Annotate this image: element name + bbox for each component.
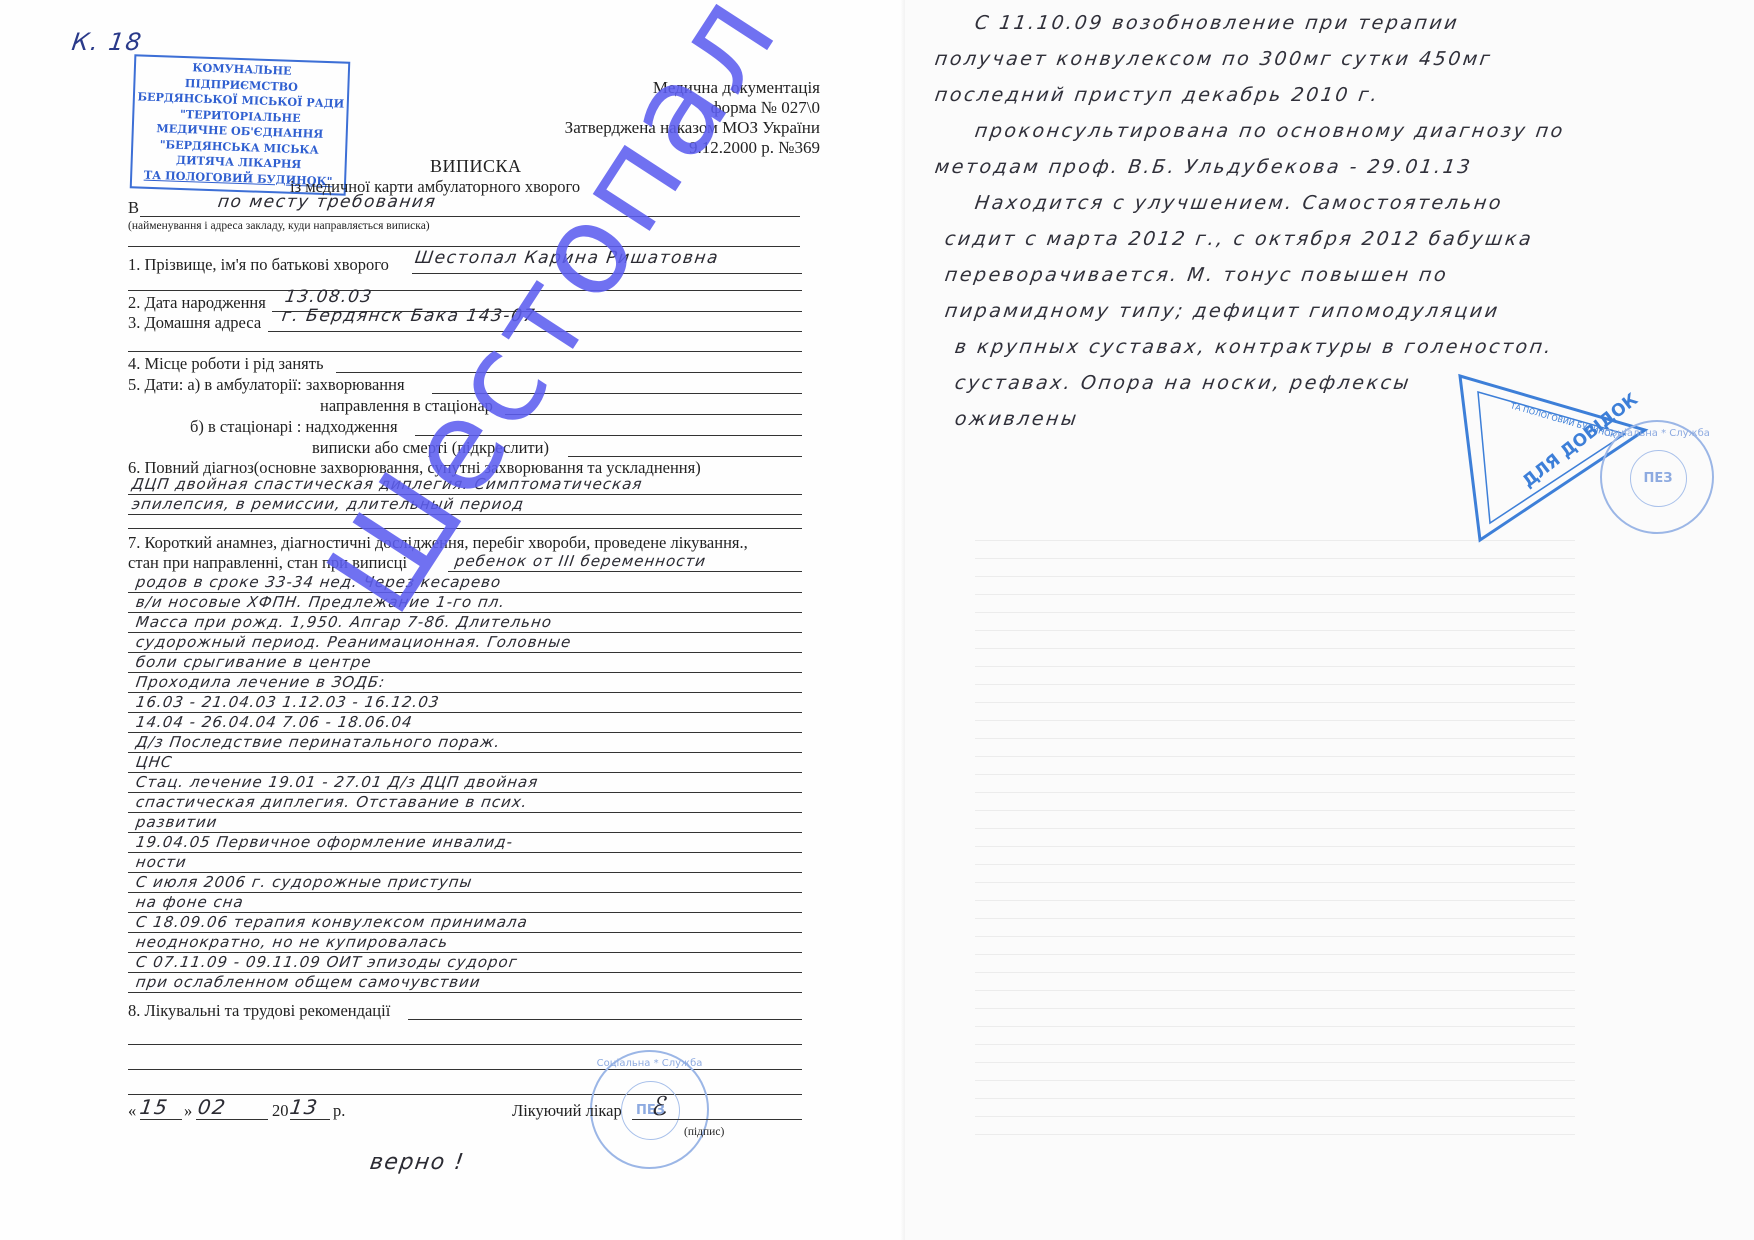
work-label: 4. Місце роботи і рід занять (128, 354, 324, 374)
date-open-quote: « (128, 1101, 136, 1121)
date-day-line (140, 1119, 182, 1120)
anamnesis-line: С 07.11.09 - 09.11.09 ОИТ эпизоды судоро… (135, 953, 519, 971)
show-through-line (975, 1098, 1575, 1099)
show-through-line (975, 918, 1575, 919)
destination-caption: (найменування і адреса закладу, куди нап… (128, 220, 430, 232)
stamp-ring-text: Соціальна * Служба (1602, 428, 1712, 439)
date-year-line (290, 1119, 330, 1120)
continuation-line: сидит с марта 2012 г., с октября 2012 ба… (943, 228, 1534, 250)
anamnesis-line: Проходила лечение в ЗОДБ: (135, 673, 387, 691)
show-through-line (975, 648, 1575, 649)
show-through-line (975, 738, 1575, 739)
hospital-label: б) в стаціонарі : надходження (190, 417, 398, 437)
anamnesis-line: судорожный период. Реанимационная. Голов… (135, 633, 573, 651)
round-stamp-right: Соціальна * Служба ПЕЗ (1600, 420, 1714, 534)
stamp-center-text: ПЕЗ (1630, 450, 1687, 507)
anamnesis-line: спастическая диплегия. Отставание в псих… (135, 793, 529, 811)
institution-stamp: КОМУНАЛЬНЕ ПІДПРИЄМСТВО БЕРДЯНСЬКОЇ МІСЬ… (130, 54, 351, 195)
show-through-line (975, 810, 1575, 811)
show-through-line (975, 792, 1575, 793)
continuation-line: пирамидному типу; дефицит гипомодуляции (943, 300, 1501, 322)
continuation-line: получает конвулексом по 300мг сутки 450м… (933, 48, 1493, 70)
anamnesis-line: ности (135, 853, 188, 871)
date-year-suffix: 13 (288, 1095, 320, 1119)
anamnesis-first: ребенок от III беременности (454, 552, 708, 570)
show-through-line (975, 882, 1575, 883)
show-through-line (975, 1062, 1575, 1063)
form-line (128, 1044, 802, 1045)
anamnesis-line: ЦНС (135, 753, 174, 771)
continuation-line: последний приступ декабрь 2010 г. (933, 84, 1381, 106)
recommendations-line (408, 1019, 802, 1020)
form-line (448, 571, 802, 572)
show-through-line (975, 774, 1575, 775)
date-suffix: р. (333, 1101, 345, 1121)
right-page: С 11.10.09 возобновление при терапииполу… (905, 0, 1754, 1240)
left-page: К. 18 КОМУНАЛЬНЕ ПІДПРИЄМСТВО БЕРДЯНСЬКО… (0, 0, 905, 1240)
form-line (128, 1069, 802, 1070)
show-through-line (975, 756, 1575, 757)
show-through-line (975, 630, 1575, 631)
show-through-line (975, 846, 1575, 847)
anamnesis-line: Д/з Последствие перинатального пораж. (135, 733, 502, 751)
show-through-line (975, 954, 1575, 955)
show-through-line (975, 666, 1575, 667)
form-line (128, 752, 802, 753)
anamnesis-line: 16.03 - 21.04.03 1.12.03 - 16.12.03 (135, 693, 441, 711)
destination-prefix: В (128, 198, 139, 218)
dates-label: 5. Дати: а) в амбулаторії: захворювання (128, 375, 405, 395)
form-line (128, 246, 800, 247)
show-through-line (975, 936, 1575, 937)
date-year-prefix: 20 (272, 1101, 289, 1121)
address-label: 3. Домашня адреса (128, 313, 261, 333)
destination-line (140, 216, 800, 217)
date-month: 02 (196, 1095, 228, 1119)
date-day: 15 (138, 1095, 170, 1119)
continuation-line: оживлены (953, 408, 1080, 430)
anamnesis-line: Стац. лечение 19.01 - 27.01 Д/з ДЦП двой… (135, 773, 540, 791)
name-label: 1. Прізвище, ім'я по батькові хворого (128, 255, 389, 275)
continuation-line: Находится с улучшением. Самостоятельно (973, 192, 1504, 214)
continuation-line: методам проф. В.Б. Ульдубекова - 29.01.1… (933, 156, 1473, 178)
anamnesis-line: боли срыгивание в центре (135, 653, 373, 671)
doctor-label: Лікуючий лікар (512, 1101, 622, 1121)
show-through-line (975, 828, 1575, 829)
anamnesis-line: развитии (135, 813, 219, 831)
anamnesis-line: в/и носовые ХФПН. Предлежание 1-го пл. (135, 593, 507, 611)
show-through-line (975, 594, 1575, 595)
anamnesis-line: С июля 2006 г. судорожные приступы (135, 873, 474, 891)
continuation-line: суставах. Опора на носки, рефлексы (953, 372, 1412, 394)
form-line (128, 852, 802, 853)
continuation-line: в крупных суставах, контрактуры в голено… (953, 336, 1554, 358)
show-through-line (975, 576, 1575, 577)
show-through-line (975, 990, 1575, 991)
signature-caption: (підпис) (684, 1126, 724, 1138)
date-month-line (196, 1119, 268, 1120)
show-through-line (975, 1134, 1575, 1135)
show-through-line (975, 720, 1575, 721)
show-through-line (975, 1080, 1575, 1081)
anamnesis-line: на фоне сна (135, 893, 245, 911)
show-through-line (975, 1044, 1575, 1045)
show-through-line (975, 684, 1575, 685)
form-line (128, 812, 802, 813)
show-through-line (975, 1008, 1575, 1009)
anamnesis-line: Масса при рожд. 1,950. Апгар 7-8б. Длите… (135, 613, 554, 631)
show-through-line (975, 972, 1575, 973)
anamnesis-line: 14.04 - 26.04.04 7.06 - 18.06.04 (135, 713, 414, 731)
anamnesis-line: С 18.09.06 терапия конвулексом принимала (135, 913, 529, 931)
document-title: ВИПИСКА (430, 156, 522, 177)
anamnesis-line: неоднократно, но не купировалась (135, 933, 450, 951)
form-line (128, 992, 802, 993)
certified-note: верно ! (368, 1150, 466, 1175)
corner-note: К. 18 (70, 28, 144, 56)
recommendations-label: 8. Лікувальні та трудові рекомендації (128, 1001, 390, 1021)
form-line (128, 290, 802, 291)
show-through-line (975, 1026, 1575, 1027)
stamp-ring-text: Соціальна * Служба (592, 1058, 707, 1069)
show-through-line (975, 864, 1575, 865)
show-through-line (975, 702, 1575, 703)
anamnesis-line: при ослабленном общем самочувствии (135, 973, 482, 991)
continuation-line: переворачивается. М. тонус повышен по (943, 264, 1449, 286)
date-close-quote: » (184, 1101, 192, 1121)
continuation-line: С 11.10.09 возобновление при терапии (973, 12, 1460, 34)
birth-label: 2. Дата народження (128, 293, 266, 313)
destination-value: по месту требования (217, 192, 438, 212)
show-through-line (975, 900, 1575, 901)
show-through-line (975, 558, 1575, 559)
anamnesis-line: 19.04.05 Первичное оформление инвалид- (135, 833, 515, 851)
birth-value: 13.08.03 (284, 287, 375, 307)
show-through-line (975, 612, 1575, 613)
continuation-line: проконсультирована по основному диагнозу… (973, 120, 1566, 142)
discharge-line (568, 456, 802, 457)
show-through-line (975, 1116, 1575, 1117)
